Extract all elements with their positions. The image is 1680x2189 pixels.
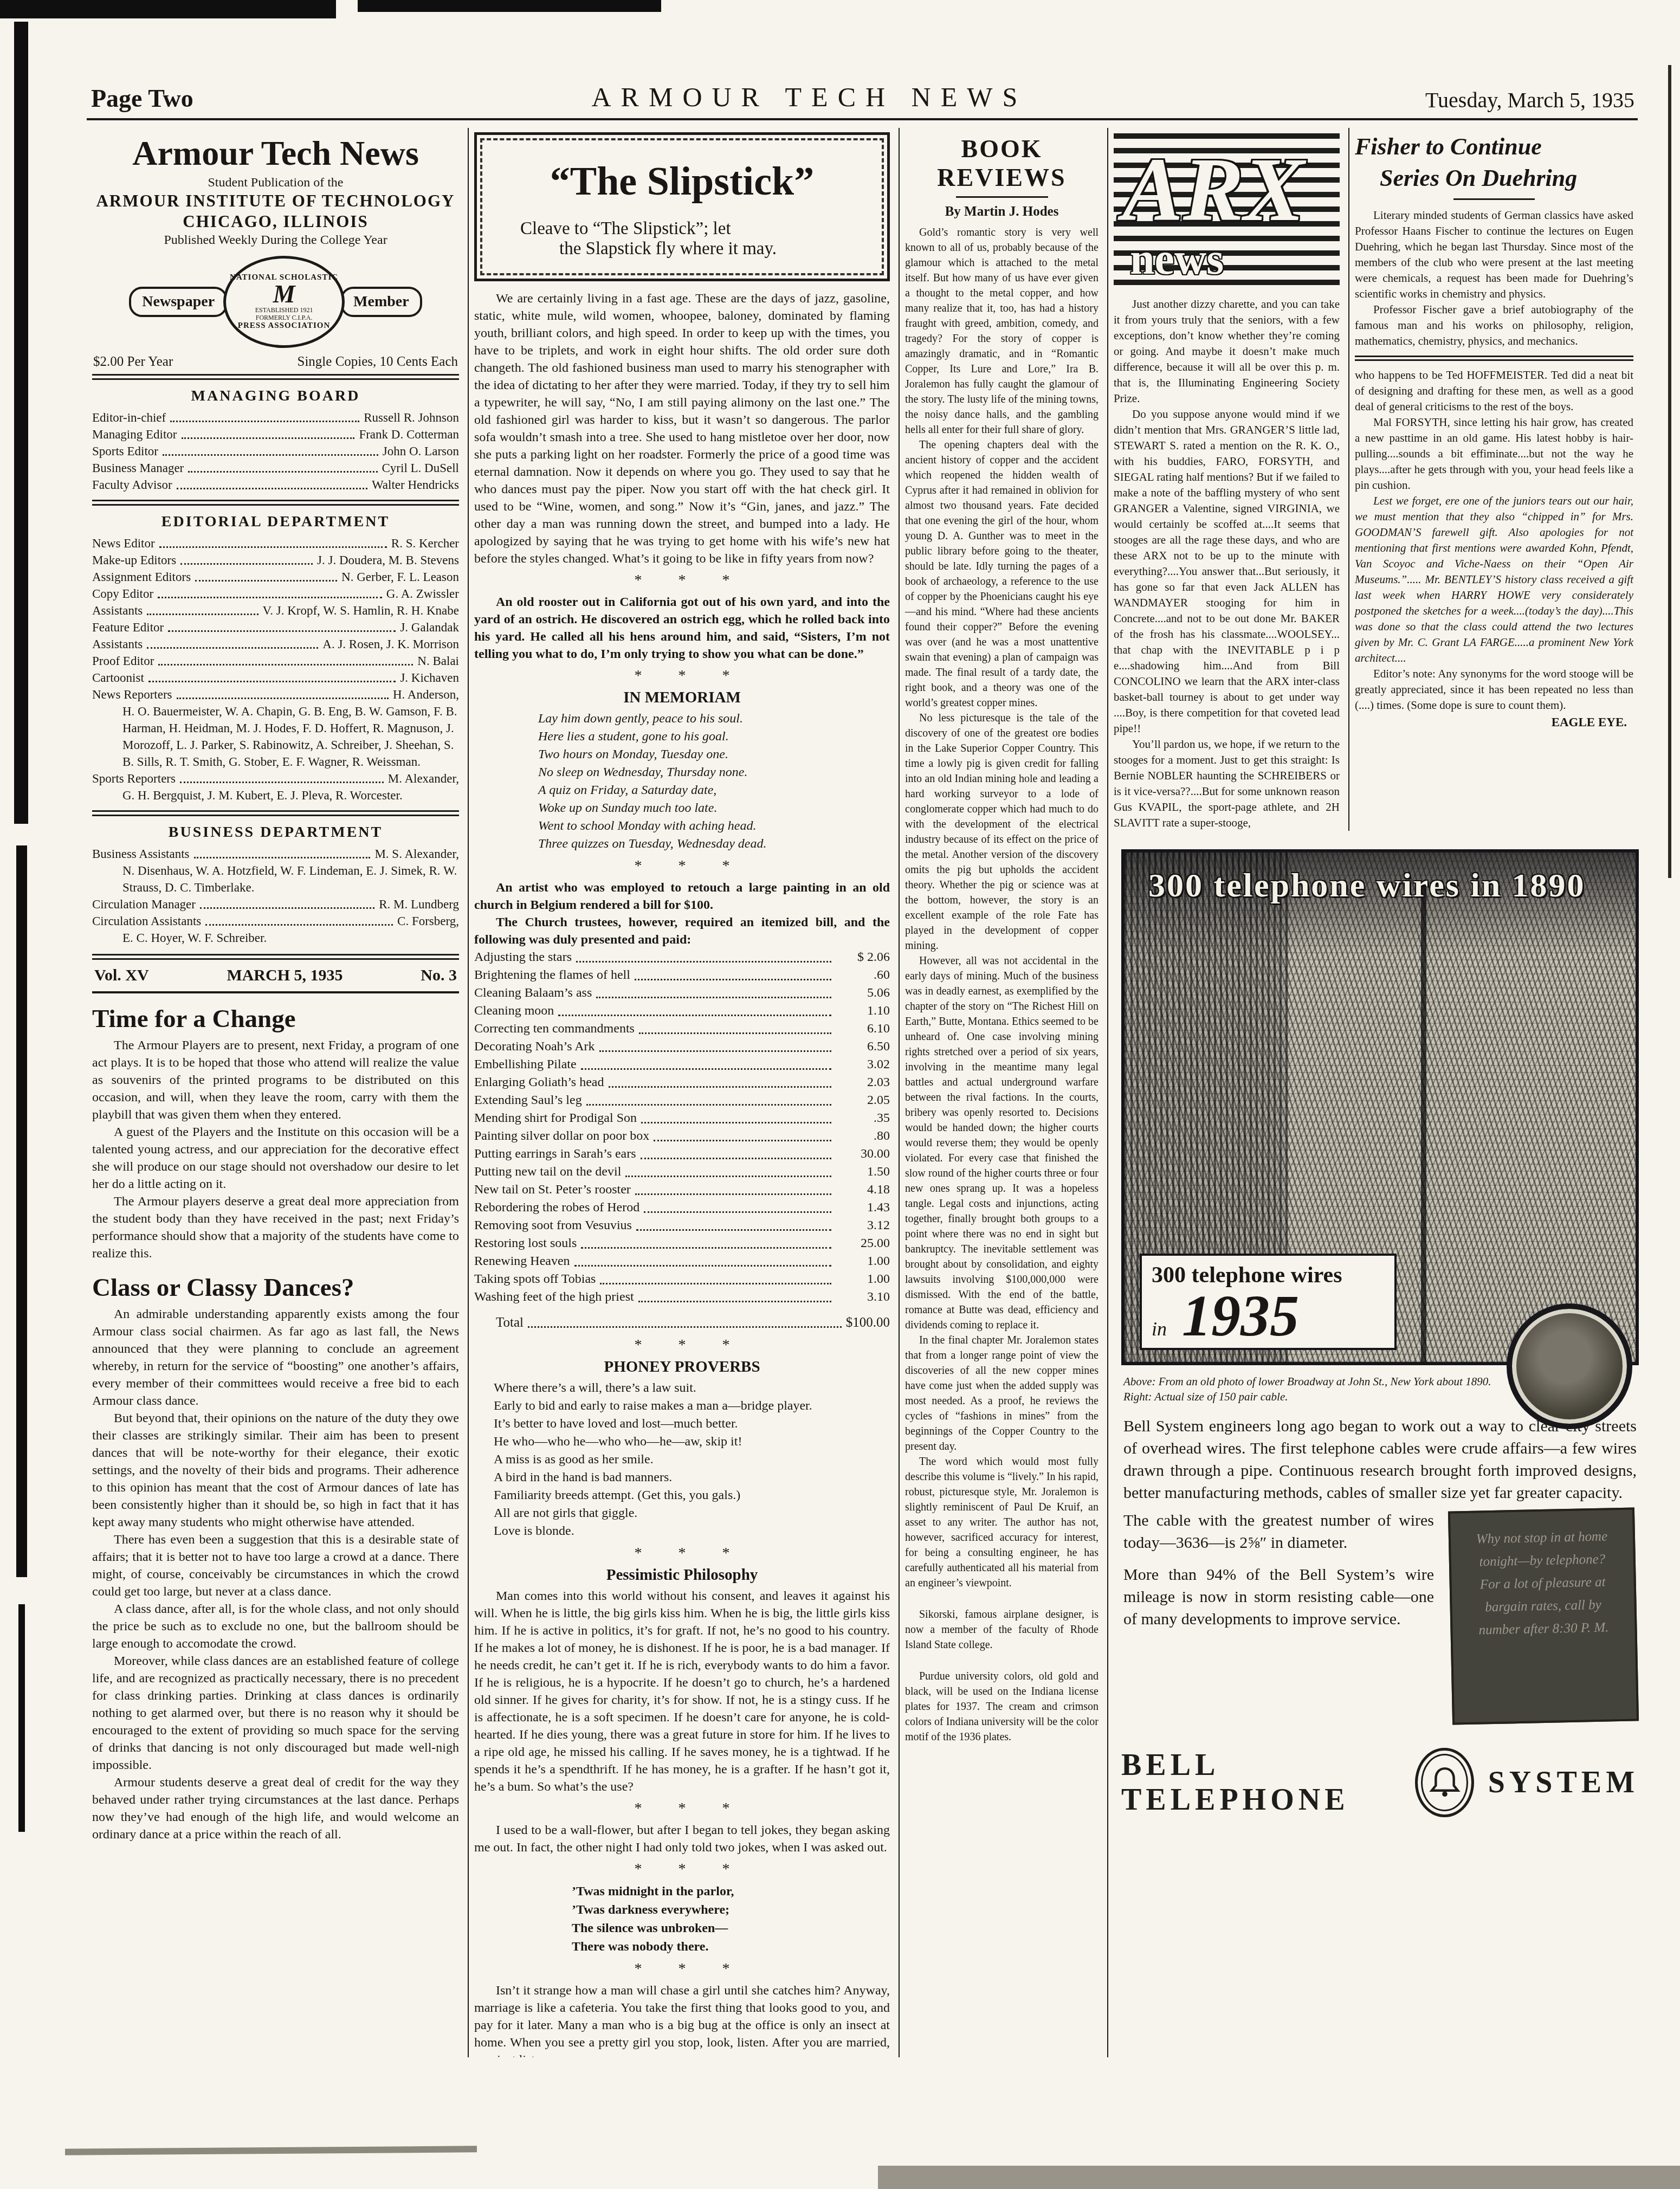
ad-reversed-panel-line: For a lot of pleasure at: [1461, 1571, 1624, 1597]
staff-row: Cartoonist J. Kichaven: [92, 669, 459, 686]
staff-role: Business Manager: [92, 460, 184, 476]
leader-dots: [609, 1074, 831, 1088]
staff-name: J. Kichaven: [400, 669, 459, 686]
masthead-subtitle: Student Publication of the: [92, 175, 459, 191]
staff-name: N. Balai: [417, 653, 459, 669]
bill-row: Washing feet of the high priest 3.10: [474, 1288, 890, 1306]
rule-double: [92, 374, 459, 380]
editorial-time-for-a-change-body: The Armour Players are to present, next …: [92, 1037, 459, 1262]
business-dept-heading: BUSINESS DEPARTMENT: [92, 824, 459, 841]
staff-role: Sports Editor: [92, 443, 158, 460]
leader-dots: [159, 535, 387, 548]
ad-reversed-panel-line: bargain rates, call by: [1462, 1593, 1625, 1619]
leader-dots: [599, 1038, 831, 1052]
staff-role: Cartoonist: [92, 669, 144, 686]
editorial-dept-list: News Editor R. S. Kercher Make-up Editor…: [92, 535, 459, 703]
star-separator: * * *: [474, 857, 890, 875]
bill-item-label: Extending Saul’s leg: [474, 1092, 582, 1109]
sikorski-news-item: Sikorski, famous airplane designer, is n…: [905, 1607, 1099, 1652]
editorial-paragraph: The Armour Players are to present, next …: [92, 1037, 459, 1123]
leader-dots: [654, 1127, 831, 1141]
bill-item-amount: 1.10: [836, 1002, 890, 1020]
price-line: $2.00 Per Year Single Copies, 10 Cents E…: [92, 352, 459, 374]
bill-item-amount: 1.00: [836, 1252, 890, 1270]
bill-item-amount: 6.10: [836, 1020, 890, 1038]
leader-dots: [158, 585, 382, 598]
review-paragraph: The opening chapters deal with the ancie…: [905, 437, 1099, 711]
staff-name: V. J. Kropf, W. S. Hamlin, R. H. Knabe: [263, 602, 459, 619]
staff-role: Faculty Advisor: [92, 476, 172, 493]
bill-row: New tail on St. Peter’s rooster 4.18: [474, 1181, 890, 1199]
ad-lower-row: The cable with the greatest number of wi…: [1123, 1509, 1637, 1723]
scan-artifact-top: [0, 0, 336, 18]
leader-dots: [641, 1145, 831, 1159]
editorial-title-class-or-classy-dances: Class or Classy Dances?: [92, 1273, 459, 1302]
staff-row: Sports Reporters M. Alexander,: [92, 770, 459, 787]
ad-reversed-panel-line: Why not stop in at home: [1461, 1525, 1624, 1551]
bill-item-label: Brightening the flames of hell: [474, 966, 630, 984]
staff-row: Assistants A. J. Rosen, J. K. Morrison: [92, 636, 459, 653]
leader-dots: [180, 552, 313, 565]
scan-artifact-bottom: [65, 2146, 477, 2155]
bill-row: Brightening the flames of hell .60: [474, 966, 890, 984]
rule-double: [1355, 356, 1633, 361]
bill-item-label: Enlarging Goliath’s head: [474, 1074, 604, 1092]
bill-row: Extending Saul’s leg 2.05: [474, 1092, 890, 1109]
staff-name: J. Galandak: [400, 619, 459, 636]
ad-reversed-panel: Why not stop in at hometonight—by teleph…: [1448, 1507, 1639, 1725]
proverb-line: A bird in the hand is bad manners.: [474, 1469, 890, 1487]
phoney-proverbs-list: Where there’s a will, there’s a law suit…: [474, 1379, 890, 1540]
leader-dots: [635, 1181, 831, 1195]
bill-row: Putting new tail on the devil 1.50: [474, 1163, 890, 1181]
staff-role: Proof Editor: [92, 653, 154, 669]
bill-row: Mending shirt for Prodigal Son .35: [474, 1109, 890, 1127]
slipstick-paragraph-artist: An artist who was employed to retouch a …: [474, 879, 890, 914]
bill-item-label: Decorating Noah’s Ark: [474, 1038, 595, 1056]
volume-date: MARCH 5, 1935: [227, 966, 343, 985]
arx-logo-main: ARX: [1122, 144, 1304, 235]
poem-line: Two hours on Monday, Tuesday one.: [538, 746, 890, 764]
staff-role: Sports Reporters: [92, 770, 176, 787]
price-single-copy: Single Copies, 10 Cents Each: [298, 354, 458, 370]
ad-label-in: in: [1152, 1318, 1167, 1340]
price-per-year: $2.00 Per Year: [93, 354, 173, 370]
pessimistic-philosophy-text: Man comes into this world without his co…: [474, 1587, 890, 1796]
leader-dots: [574, 1252, 831, 1267]
bill-item-amount: 6.50: [836, 1038, 890, 1056]
staff-role: Feature Editor: [92, 619, 164, 636]
editorial-paragraph: A class dance, after all, is for the who…: [92, 1600, 459, 1652]
editorial-paragraph: The Armour players deserve a great deal …: [92, 1193, 459, 1262]
masthead-institute: ARMOUR INSTITUTE OF TECHNOLOGY: [92, 191, 459, 211]
slipstick-title: “The Slipstick”: [490, 159, 874, 205]
bill-row: Cleaning Balaam’s ass 5.06: [474, 984, 890, 1002]
column-grid: Armour Tech News Student Publication of …: [87, 128, 1638, 2057]
editorial-paragraph: A guest of the Players and the Institute…: [92, 1123, 459, 1193]
managing-board-heading: MANAGING BOARD: [92, 388, 459, 405]
staff-row: Assignment Editors N. Gerber, F. L. Leas…: [92, 569, 459, 585]
proverb-line: Love is blonde.: [474, 1522, 890, 1540]
poem-line: ’Twas darkness everywhere;: [572, 1901, 890, 1919]
bell-icon: [1415, 1748, 1474, 1817]
title-rule: [1453, 198, 1535, 200]
poem-line: There was nobody there.: [572, 1938, 890, 1956]
seal-newspaper-pill: Newspaper: [129, 287, 228, 317]
bill-row: Restoring lost souls 25.00: [474, 1235, 890, 1252]
bill-row: Renewing Heaven 1.00: [474, 1252, 890, 1270]
poem-line: Lay him down gently, peace to his soul.: [538, 710, 890, 728]
staff-name: C. Forsberg,: [397, 913, 459, 929]
bill-item-label: Embellishing Pilate: [474, 1056, 577, 1074]
volume-line: Vol. XV MARCH 5, 1935 No. 3: [92, 960, 459, 991]
leader-dots: [641, 1109, 831, 1123]
bill-item-label: Correcting ten commandments: [474, 1020, 635, 1038]
leader-dots: [635, 966, 831, 980]
staff-role: Copy Editor: [92, 585, 153, 602]
star-separator: * * *: [474, 667, 890, 685]
header-rule: [87, 118, 1638, 120]
staff-row: Copy Editor G. A. Zwissler: [92, 585, 459, 602]
bill-item-amount: 2.03: [836, 1074, 890, 1092]
slipstick-paragraph-artist2: The Church trustees, however, required a…: [474, 914, 890, 948]
arx-logo-sub: news: [1130, 234, 1224, 285]
star-separator: * * *: [474, 1545, 890, 1562]
star-separator: * * *: [474, 1960, 890, 1978]
editorial-paragraph: Moreover, while class dances are an esta…: [92, 1652, 459, 1774]
leader-dots: [639, 1020, 831, 1034]
leader-dots: [581, 1235, 831, 1249]
editorial-classy-dances-body: An admirable understanding apparently ex…: [92, 1306, 459, 1843]
leader-dots: [576, 948, 831, 963]
leader-dots: [177, 476, 367, 489]
leader-dots: [581, 1056, 831, 1070]
bill-item-label: Restoring lost souls: [474, 1235, 577, 1252]
staff-name: John O. Larson: [383, 443, 459, 460]
bill-item-amount: 3.02: [836, 1056, 890, 1074]
bill-row: Embellishing Pilate 3.02: [474, 1056, 890, 1074]
staff-name: M. Alexander,: [388, 770, 459, 787]
managing-board-list: Editor-in-chief Russell R. Johnson Manag…: [92, 409, 459, 493]
column-arx-news: ARX news Just another dizzy charette, an…: [1108, 128, 1349, 831]
staff-name: Frank D. Cotterman: [359, 426, 459, 443]
proverb-line: He who—who he—who who—he—aw, skip it!: [474, 1433, 890, 1451]
rule-double: [92, 810, 459, 816]
leader-dots: [625, 1163, 831, 1177]
leader-dots: [170, 409, 359, 422]
gossip-continuation-italic: Lest we forget, ere one of the juniors t…: [1355, 493, 1633, 666]
leader-dots: [586, 1092, 831, 1106]
bill-item-amount: 1.43: [836, 1199, 890, 1217]
bill-item-label: Washing feet of the high priest: [474, 1288, 634, 1306]
proverb-line: Where there’s a will, there’s a law suit…: [474, 1379, 890, 1397]
leader-dots: [147, 636, 318, 649]
midnight-poem: ’Twas midnight in the parlor,’Twas darkn…: [474, 1882, 890, 1956]
ad-1935-label-box: 300 telephone wires in 1935: [1140, 1254, 1397, 1350]
slipstick-motto-line2: the Slapstick fly where it may.: [559, 239, 874, 259]
purdue-news-item: Purdue university colors, old gold and b…: [905, 1669, 1099, 1745]
volume-number: Vol. XV: [94, 966, 149, 985]
ad-left-text: The cable with the greatest number of wi…: [1123, 1509, 1434, 1723]
bill-item-amount: 4.18: [836, 1181, 890, 1199]
staff-name: A. J. Rosen, J. K. Morrison: [322, 636, 459, 653]
column-book-reviews: BOOK REVIEWS By Martin J. Hodes Gold’s r…: [900, 128, 1108, 2057]
seal-member-pill: Member: [340, 287, 422, 317]
sports-reporters-continued: G. H. Bergquist, J. M. Kubert, E. J. Ple…: [92, 787, 459, 804]
leader-dots: [148, 669, 396, 682]
leader-dots: [188, 460, 377, 473]
bell-glyph: [1425, 1762, 1465, 1803]
spacer: [905, 1652, 1099, 1669]
bill-item-amount: 25.00: [836, 1235, 890, 1252]
staff-name: Walter Hendricks: [372, 476, 459, 493]
fisher-headline-line2: Series On Duehring: [1355, 164, 1633, 193]
bill-row: Decorating Noah’s Ark 6.50: [474, 1038, 890, 1056]
cable-cross-section-inset: [1507, 1303, 1632, 1429]
page-number-label: Page Two: [91, 84, 193, 113]
proverb-line: Familiarity breeds attempt. (Get this, y…: [474, 1487, 890, 1504]
scan-artifact-bottom: [878, 2166, 1680, 2189]
in-memoriam-poem: Lay him down gently, peace to his soul.H…: [474, 710, 890, 853]
review-paragraph: Gold’s romantic story is very well known…: [905, 225, 1099, 437]
ad-etching-1890: 300 telephone wires in 1890 300 telephon…: [1121, 849, 1639, 1365]
bill-item-label: Putting new tail on the devil: [474, 1163, 621, 1181]
pessimistic-philosophy-heading: Pessimistic Philosophy: [474, 1566, 890, 1584]
proverb-line: A miss is as good as her smile.: [474, 1451, 890, 1469]
leader-dots: [182, 426, 355, 439]
bill-item-label: Renewing Heaven: [474, 1252, 570, 1270]
staff-name: Cyril L. DuSell: [382, 460, 459, 476]
bill-row: Adjusting the stars $ 2.06: [474, 948, 890, 966]
editors-note: Editor’s note: Any synonyms for the word…: [1355, 666, 1633, 713]
rule-double: [92, 954, 459, 960]
bill-item-amount: 3.10: [836, 1288, 890, 1306]
slipstick-box: “The Slipstick” Cleave to “The Slipstick…: [474, 132, 890, 281]
poem-line: No sleep on Wednesday, Thursday none.: [538, 764, 890, 782]
bill-item-amount: $ 2.06: [836, 948, 890, 966]
poem-line: Here lies a student, gone to his goal.: [538, 728, 890, 746]
leader-dots: [205, 913, 393, 926]
masthead-city: CHICAGO, ILLINOIS: [92, 211, 459, 232]
staff-role: Assistants: [92, 602, 143, 619]
bill-item-amount: .80: [836, 1127, 890, 1145]
staff-name: H. Anderson,: [393, 686, 459, 703]
bill-total-amount: $100.00: [846, 1314, 890, 1332]
staff-row: Business Manager Cyril L. DuSell: [92, 460, 459, 476]
seal-monogram: M: [273, 282, 295, 306]
bill-row: Painting silver dollar on poor box .80: [474, 1127, 890, 1145]
staff-row: Business Assistants M. S. Alexander,: [92, 845, 459, 862]
proverb-line: Early to bid and early to raise makes a …: [474, 1397, 890, 1415]
editorial-dept-heading: EDITORIAL DEPARTMENT: [92, 513, 459, 531]
poem-line: Went to school Monday with aching head.: [538, 817, 890, 835]
staff-name: J. J. Doudera, M. B. Stevens: [317, 552, 459, 569]
review-paragraph: The word which would most fully describe…: [905, 1454, 1099, 1591]
bill-item-amount: .35: [836, 1109, 890, 1127]
editorial-paragraph: Armour students deserve a great deal of …: [92, 1774, 459, 1843]
staff-row: Sports Editor John O. Larson: [92, 443, 459, 460]
editorial-title-time-for-a-change: Time for a Change: [92, 1004, 459, 1034]
staff-role: News Reporters: [92, 686, 172, 703]
staff-name: Russell R. Johnson: [364, 409, 459, 426]
in-memoriam-heading: IN MEMORIAM: [474, 689, 890, 707]
proverb-line: It’s better to have loved and lost—much …: [474, 1415, 890, 1433]
arx-gossip-body: Just another dizzy charette, and you can…: [1114, 296, 1340, 831]
ad-reversed-panel-line: number after 8:30 P. M.: [1462, 1616, 1625, 1642]
leader-dots: [177, 686, 389, 699]
scan-artifact-left: [18, 1604, 25, 1832]
bill-item-label: Mending shirt for Prodigal Son: [474, 1109, 637, 1127]
bill-item-amount: 3.12: [836, 1217, 890, 1235]
circulation-assistants-continued: E. C. Hoyer, W. F. Schreiber.: [92, 929, 459, 946]
masthead-title: Armour Tech News: [92, 133, 459, 173]
staff-role: Business Assistants: [92, 845, 190, 862]
seal-oval: NATIONAL SCHOLASTIC M ESTABLISHED 1921 F…: [223, 256, 345, 348]
bill-item-amount: 5.06: [836, 984, 890, 1002]
staff-role: Editor-in-chief: [92, 409, 166, 426]
star-separator: * * *: [474, 1800, 890, 1817]
gossip-paragraph: You’ll pardon us, we hope, if we return …: [1114, 737, 1340, 831]
leader-dots: [558, 1002, 831, 1016]
banner-title: ARMOUR TECH NEWS: [591, 81, 1027, 113]
staff-name: N. Gerber, F. L. Leason: [341, 569, 459, 585]
star-separator: * * *: [474, 1336, 890, 1354]
leader-dots: [195, 569, 337, 582]
leader-dots: [163, 443, 378, 456]
ad-headline-1890: 300 telephone wires in 1890: [1148, 867, 1621, 905]
book-review-body: Gold’s romantic story is very well known…: [905, 225, 1099, 1591]
leader-dots: [194, 845, 371, 858]
staff-name: G. A. Zwissler: [386, 585, 459, 602]
leader-dots: [200, 896, 374, 909]
gossip-paragraph: Do you suppose anyone would mind if we d…: [1114, 406, 1340, 737]
proverb-line: All are not girls that giggle.: [474, 1504, 890, 1522]
leader-dots: [168, 619, 396, 632]
staff-row: Make-up Editors J. J. Doudera, M. B. Ste…: [92, 552, 459, 569]
staff-row: Feature Editor J. Galandak: [92, 619, 459, 636]
bill-item-amount: .60: [836, 966, 890, 984]
masthead-frequency: Published Weekly During the College Year: [92, 232, 459, 248]
leader-dots: [636, 1217, 831, 1231]
seal-formerly: FORMERLY C.I.P.A.: [256, 314, 313, 321]
staff-row: Editor-in-chief Russell R. Johnson: [92, 409, 459, 426]
editorial-paragraph: An admirable understanding apparently ex…: [92, 1306, 459, 1410]
star-separator: * * *: [474, 1861, 890, 1878]
bill-row: Taking spots off Tobias 1.00: [474, 1270, 890, 1288]
review-paragraph: No less picturesque is the tale of the d…: [905, 711, 1099, 953]
book-reviews-byline: By Martin J. Hodes: [905, 204, 1099, 219]
column-fisher: Fisher to Continue Series On Duehring Li…: [1349, 128, 1642, 831]
bill-row: Enlarging Goliath’s head 2.03: [474, 1074, 890, 1092]
bill-item-label: Removing soot from Vesuvius: [474, 1217, 632, 1235]
bill-row: Removing soot from Vesuvius 3.12: [474, 1217, 890, 1235]
staff-name: M. S. Alexander,: [374, 845, 459, 862]
bill-total-label: Total: [474, 1314, 524, 1332]
newspaper-page: Page Two ARMOUR TECH NEWS Tuesday, March…: [0, 0, 1680, 2189]
scan-artifact-top: [358, 0, 661, 12]
seal-bottom-text: PRESS ASSOCIATION: [238, 321, 331, 331]
church-bill-list: Adjusting the stars $ 2.06 Brightening t…: [474, 948, 890, 1306]
staff-role: Make-up Editors: [92, 552, 176, 569]
staff-role: Circulation Manager: [92, 896, 196, 913]
phoney-proverbs-heading: PHONEY PROVERBS: [474, 1358, 890, 1376]
staff-role: Assistants: [92, 636, 143, 653]
staff-row: News Editor R. S. Kercher: [92, 535, 459, 552]
leader-dots: [600, 1270, 831, 1284]
staff-row: Circulation Assistants C. Forsberg,: [92, 913, 459, 929]
poem-line: A quiz on Friday, a Saturday date,: [538, 782, 890, 799]
star-separator: * * *: [474, 572, 890, 589]
ad-caption: Above: From an old photo of lower Broadw…: [1123, 1374, 1503, 1404]
seal-established: ESTABLISHED 1921: [255, 306, 313, 314]
slipstick-motto-line1: Cleave to “The Slipstick”; let: [520, 219, 874, 239]
bill-row: Rebordering the robes of Herod 1.43: [474, 1199, 890, 1217]
staff-row: Proof Editor N. Balai: [92, 653, 459, 669]
leader-dots: [528, 1314, 842, 1328]
title-rule: [956, 196, 1048, 198]
article-paragraph: Literary minded students of German class…: [1355, 208, 1633, 302]
bill-item-label: Rebordering the robes of Herod: [474, 1199, 639, 1217]
rule-double: [92, 500, 459, 506]
ad-reversed-panel-line: tonight—by telephone?: [1461, 1548, 1624, 1574]
rule: [92, 991, 459, 993]
leader-dots: [180, 770, 384, 783]
bell-system-logo-row: BELL TELEPHONE SYSTEM: [1121, 1748, 1639, 1817]
editorial-paragraph: There has even been a suggestion that th…: [92, 1531, 459, 1600]
staff-name: R. M. Lundberg: [379, 896, 459, 913]
leader-dots: [147, 602, 258, 615]
ad-paragraph-diameter: The cable with the greatest number of wi…: [1123, 1509, 1434, 1554]
gossip-paragraph: Just another dizzy charette, and you can…: [1114, 296, 1340, 406]
column-signature: EAGLE EYE.: [1355, 713, 1633, 729]
ad-paragraph-mileage: More than 94% of the Bell System’s wire …: [1123, 1564, 1434, 1630]
fisher-headline-line1: Fisher to Continue: [1355, 132, 1633, 162]
leader-dots: [158, 653, 413, 666]
press-association-seal: Newspaper NATIONAL SCHOLASTIC M ESTABLIS…: [92, 256, 459, 348]
news-reporters-continued: H. O. Bauermeister, W. A. Chapin, G. B. …: [92, 703, 459, 770]
review-paragraph: In the final chapter Mr. Joralemon state…: [905, 1333, 1099, 1454]
editorial-paragraph: But beyond that, their opinions on the n…: [92, 1410, 459, 1531]
slipstick-paragraph-rooster: An old rooster out in California got out…: [474, 593, 890, 663]
bill-item-amount: 2.05: [836, 1092, 890, 1109]
bill-item-label: Painting silver dollar on poor box: [474, 1127, 649, 1145]
review-paragraph: However, all was not accidental in the e…: [905, 953, 1099, 1333]
staff-row: Assistants V. J. Kropf, W. S. Hamlin, R.…: [92, 602, 459, 619]
ad-label-1935: 1935: [1182, 1284, 1299, 1348]
book-reviews-title: BOOK REVIEWS: [905, 134, 1099, 192]
staff-name: R. S. Kercher: [391, 535, 459, 552]
bill-item-label: New tail on St. Peter’s rooster: [474, 1181, 631, 1199]
bill-item-label: Putting earrings in Sarah’s ears: [474, 1145, 636, 1163]
gossip-continuation: Mal FORSYTH, since letting his hair grow…: [1355, 415, 1633, 493]
leader-dots: [644, 1199, 831, 1213]
spacer: [905, 1591, 1099, 1607]
staff-row: Circulation Manager R. M. Lundberg: [92, 896, 459, 913]
bill-row: Putting earrings in Sarah’s ears 30.00: [474, 1145, 890, 1163]
poem-line: ’Twas midnight in the parlor,: [572, 1882, 890, 1901]
staff-row: News Reporters H. Anderson,: [92, 686, 459, 703]
bill-item-amount: 1.00: [836, 1270, 890, 1288]
bill-item-label: Adjusting the stars: [474, 948, 572, 966]
bill-row: Cleaning moon 1.10: [474, 1002, 890, 1020]
bill-item-label: Cleaning moon: [474, 1002, 554, 1020]
bell-telephone-ad: 300 telephone wires in 1890 300 telephon…: [1108, 831, 1642, 2057]
staff-row: Faculty Advisor Walter Hendricks: [92, 476, 459, 493]
scan-artifact-left: [14, 22, 28, 824]
scan-artifact-left: [16, 845, 27, 1577]
bell-logo-left-text: BELL TELEPHONE: [1121, 1748, 1401, 1817]
poem-line: Three quizzes on Tuesday, Wednesday dead…: [538, 835, 890, 853]
